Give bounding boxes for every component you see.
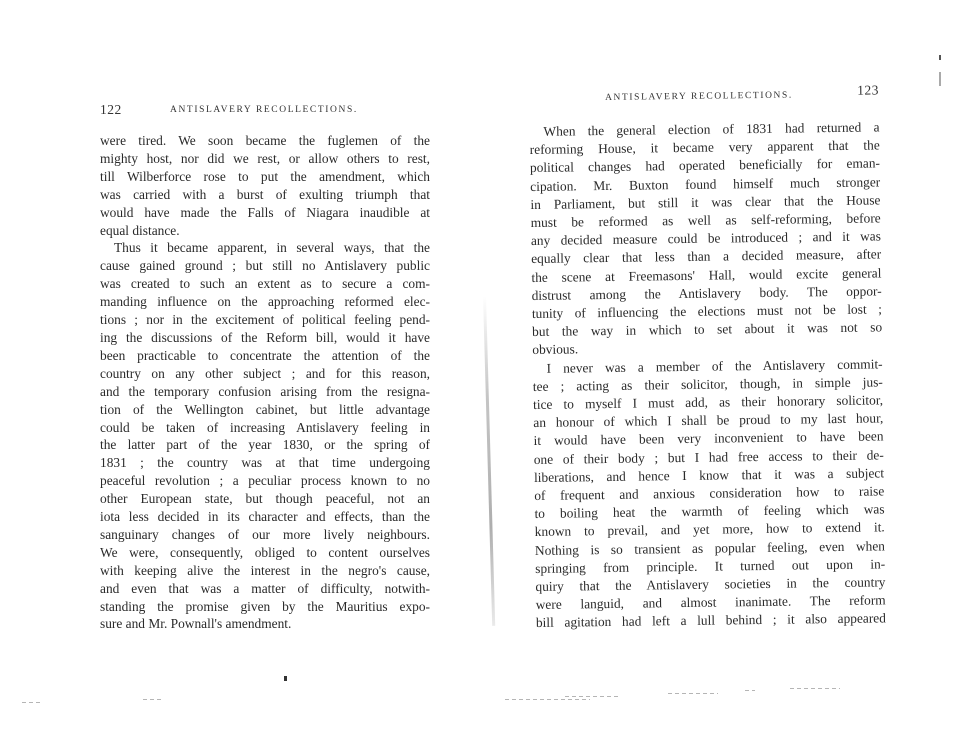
right-page: ANTISLAVERY RECOLLECTIONS. 123 When the … [529,88,886,632]
paragraph-start: Thus it became apparent, in several ways… [100,239,430,257]
text-line: ing the discussions of the Reform bill, … [100,329,430,347]
left-running-head: 122 ANTISLAVERY RECOLLECTIONS. [100,104,430,122]
text-line: sure and Mr. Pownall's amendment. [100,615,430,633]
text-line: 1831 ; the country was at that time unde… [100,454,430,472]
scan-artifact-line [22,702,40,703]
text-line: could be taken of increasing Antislavery… [100,419,430,437]
page-number: 123 [857,82,879,98]
text-line: was carried with a burst of exulting tri… [100,186,430,204]
page-number: 122 [100,102,122,118]
text-line: standing the promise given by the Maurit… [100,598,430,616]
text-line: been practicable to concentrate the atte… [100,347,430,365]
running-title: ANTISLAVERY RECOLLECTIONS. [605,91,793,103]
scan-artifact-line [745,690,755,691]
text-line: till Wilberforce rose to put the amendme… [100,168,430,186]
text-line: bill agitation had left a lull behind ; … [536,610,886,633]
text-line: cause gained ground ; but still no Antis… [100,257,430,275]
text-line: tion of the Wellington cabinet, but litt… [100,401,430,419]
left-body-text: were tired. We soon became the fuglemen … [100,132,430,633]
scan-artifact-line [668,693,718,694]
text-line: would have made the Falls of Niagara ina… [100,204,430,222]
text-line: manding influence on the approaching ref… [100,293,430,311]
ink-speck [284,676,287,681]
right-body-text: When the general election of 1831 had re… [529,118,886,632]
text-line: and the temporary confusion arising from… [100,383,430,401]
text-line: tions ; nor in the excitement of politic… [100,311,430,329]
text-line: peaceful revolution ; a peculiar process… [100,472,430,490]
text-line: other European state, but though peacefu… [100,490,430,508]
scan-artifact-line [143,699,161,700]
text-line: the latter part of the year 1830, or the… [100,436,430,454]
text-line: and even that was a matter of difficulty… [100,580,430,598]
scan-edge-mark [939,55,941,60]
scan-edge-mark [939,72,941,86]
text-line: were tired. We soon became the fuglemen … [100,132,430,150]
right-running-head: ANTISLAVERY RECOLLECTIONS. 123 [529,88,879,111]
text-line: iota less decided in its character and e… [100,508,430,526]
text-line: equal distance. [100,222,430,240]
text-line: was created to such an extent as to secu… [100,275,430,293]
book-gutter [483,296,495,626]
text-line: mighty host, nor did we rest, or allow o… [100,150,430,168]
text-line: sanguinary changes of our more lively ne… [100,526,430,544]
scan-artifact-line [790,688,840,689]
running-title: ANTISLAVERY RECOLLECTIONS. [170,105,358,115]
scan-artifact-line [565,696,620,697]
text-line: country on any other subject ; and for t… [100,365,430,383]
text-line: We were, consequently, obliged to conten… [100,544,430,562]
scan-artifact-line [505,699,590,700]
text-line: with keeping alive the interest in the n… [100,562,430,580]
left-page: 122 ANTISLAVERY RECOLLECTIONS. were tire… [100,104,430,633]
